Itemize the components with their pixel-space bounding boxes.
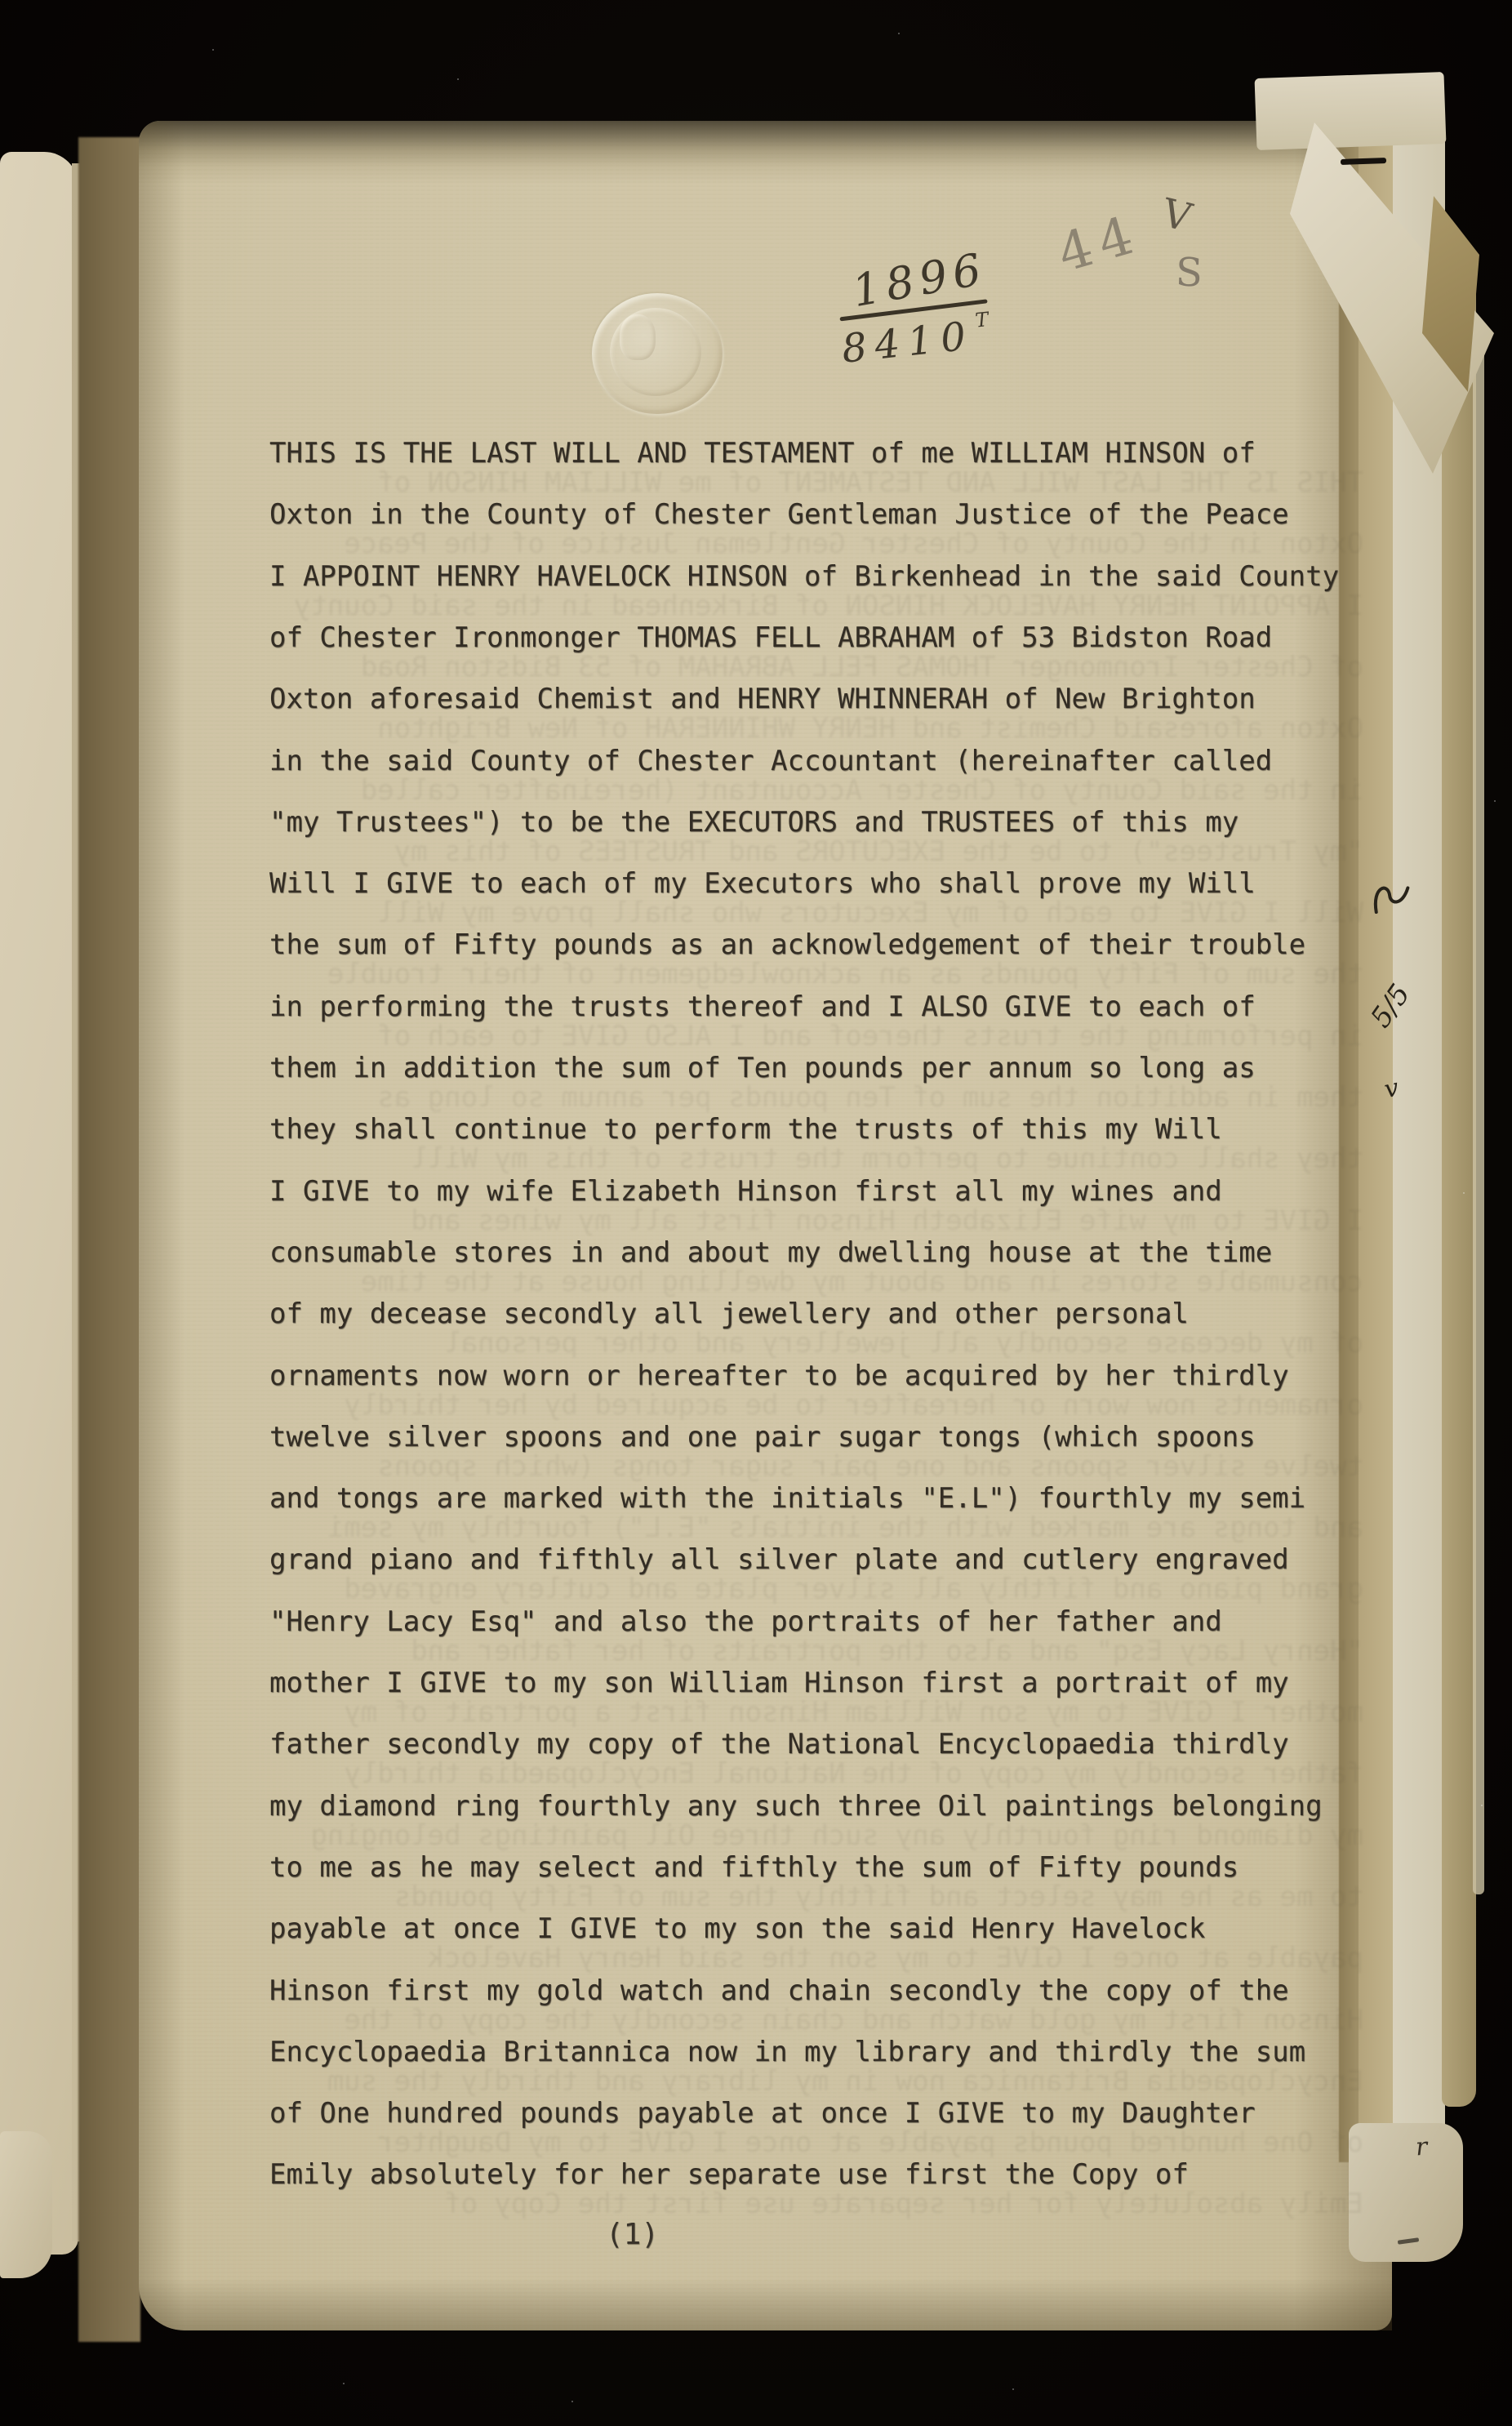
- typed-line: ornaments now worn or hereafter to be ac…: [269, 1358, 1363, 1394]
- typed-line: they shall continue to perform the trust…: [269, 1111, 1363, 1147]
- typed-line: Encyclopaedia Britannica now in my libra…: [269, 2034, 1363, 2070]
- dust-speck: [1494, 800, 1496, 802]
- typed-line: my diamond ring fourthly any such three …: [269, 1788, 1363, 1824]
- dust-speck: [571, 2401, 573, 2402]
- typed-line: Oxton in the County of Chester Gentleman…: [269, 496, 1363, 532]
- dust-speck: [1012, 2388, 1014, 2390]
- typed-line: Oxton aforesaid Chemist and HENRY WHINNE…: [269, 681, 1363, 717]
- typed-line: consumable stores in and about my dwelli…: [269, 1235, 1363, 1271]
- typed-line: to me as he may select and fifthly the s…: [269, 1850, 1363, 1885]
- scanned-will-page: 1896 8410T 44 V S 5/5 v r THIS IS THE LA…: [0, 0, 1512, 2426]
- typed-line: payable at once I GIVE to my son the sai…: [269, 1911, 1363, 1947]
- typed-line: in the said County of Chester Accountant…: [269, 743, 1363, 779]
- dust-speck: [212, 49, 214, 51]
- typed-line: of Chester Ironmonger THOMAS FELL ABRAHA…: [269, 620, 1363, 656]
- dust-speck: [898, 33, 900, 34]
- typed-line: Hinson first my gold watch and chain sec…: [269, 1973, 1363, 2009]
- typed-line: "Henry Lacy Esq" and also the portraits …: [269, 1604, 1363, 1640]
- typed-line: Emily absolutely for her separate use fi…: [269, 2157, 1363, 2192]
- typed-line: in performing the trusts thereof and I A…: [269, 989, 1363, 1025]
- typed-line: I GIVE to my wife Elizabeth Hinson first…: [269, 1173, 1363, 1209]
- page-number: (1): [606, 2218, 659, 2251]
- typed-line: THIS IS THE LAST WILL AND TESTAMENT of m…: [269, 435, 1363, 471]
- typed-line: Will I GIVE to each of my Executors who …: [269, 866, 1363, 901]
- dust-speck: [1463, 1192, 1465, 1194]
- dust-speck: [1481, 1805, 1483, 1806]
- typed-line: I APPOINT HENRY HAVELOCK HINSON of Birke…: [269, 559, 1363, 594]
- typed-line: of One hundred pounds payable at once I …: [269, 2095, 1363, 2131]
- typed-line: twelve silver spoons and one pair sugar …: [269, 1419, 1363, 1455]
- typed-line: of my decease secondly all jewellery and…: [269, 1296, 1363, 1332]
- dust-speck: [343, 2383, 345, 2384]
- typed-line: father secondly my copy of the National …: [269, 1726, 1363, 1762]
- typed-line: the sum of Fifty pounds as an acknowledg…: [269, 927, 1363, 963]
- typed-line: and tongs are marked with the initials "…: [269, 1480, 1363, 1516]
- typed-line: them in addition the sum of Ten pounds p…: [269, 1050, 1363, 1086]
- typed-line: mother I GIVE to my son William Hinson f…: [269, 1665, 1363, 1701]
- typed-text: THIS IS THE LAST WILL AND TESTAMENT of m…: [0, 0, 1512, 2426]
- typed-line: "my Trustees") to be the EXECUTORS and T…: [269, 804, 1363, 840]
- dust-speck: [457, 78, 459, 80]
- typed-line: grand piano and fifthly all silver plate…: [269, 1542, 1363, 1578]
